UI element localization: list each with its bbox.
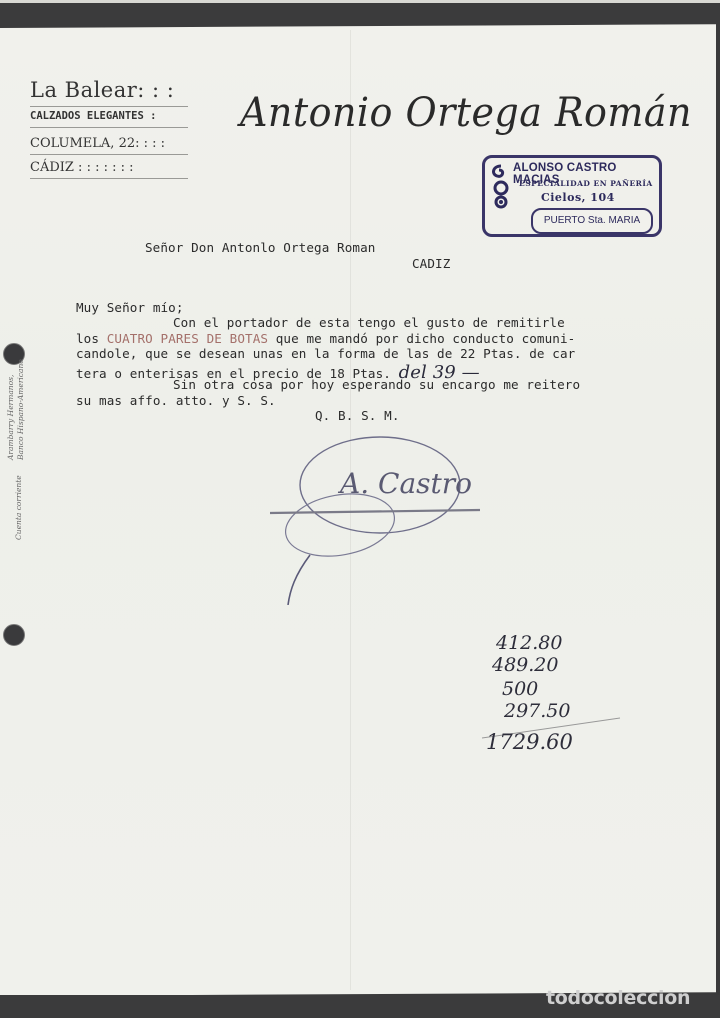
- body-line-6: su mas affo. atto. y S. S.: [76, 393, 276, 408]
- closing-formula: Q. B. S. M.: [315, 408, 400, 423]
- stamp-town: PUERTO Sta. MARIA: [531, 208, 653, 234]
- salutation: Muy Señor mío;: [76, 300, 184, 315]
- punch-hole-icon: [3, 624, 25, 646]
- body-line-1: Con el portador de esta tengo el gusto d…: [173, 315, 565, 330]
- body-line-5: Sin otra cosa por hoy esperando su encar…: [173, 377, 580, 392]
- body-line-2-pre: los: [76, 331, 107, 346]
- letterhead-city: CÁDIZ : : : : : : :: [30, 160, 188, 179]
- stamp-street: Cielos, 104: [541, 191, 615, 204]
- signature-flourish: A. Castro: [270, 425, 490, 605]
- letterhead-tagline: CALZADOS ELEGANTES :: [30, 110, 188, 128]
- side-imprint-line-1: Arambarry Hermanos,: [6, 375, 15, 460]
- sum-item: 489.20: [492, 654, 558, 676]
- letterhead-address: COLUMELA, 22: : : :: [30, 136, 188, 155]
- side-imprint-line-3: Cuenta corriente: [14, 475, 23, 540]
- merchant-stamp: ALONSO CASTRO MACIAS ESPECIALIDAD EN PAÑ…: [482, 155, 662, 237]
- sum-total: 1729.60: [486, 730, 573, 754]
- sum-item: 412.80: [496, 632, 562, 654]
- side-imprint-line-2: Banco Hispano-Americano: [16, 359, 25, 460]
- sum-item: 500: [502, 678, 538, 700]
- body-line-3: candole, que se desean unas en la forma …: [76, 346, 575, 361]
- handwritten-sums: 412.80 489.20 500 297.50 1729.60: [480, 632, 630, 782]
- recipient-city: CADIZ: [412, 256, 450, 271]
- stamp-ornament-icon: [489, 164, 513, 210]
- stamp-specialty: ESPECIALIDAD EN PAÑERÍA: [519, 179, 653, 188]
- letterhead-sender-name: Antonio Ortega Román: [240, 90, 692, 136]
- recipient-line: Señor Don Antonlo Ortega Roman: [145, 240, 375, 255]
- watermark-logo: todocoleccion: [546, 987, 690, 1009]
- highlighted-item: CUATRO PARES DE BOTAS: [107, 331, 268, 346]
- signature-text: A. Castro: [337, 467, 472, 500]
- side-bank-imprint: Arambarry Hermanos, Banco Hispano-Americ…: [6, 370, 36, 540]
- body-line-2-post: que me mandó por dicho conducto comuni-: [268, 331, 575, 346]
- body-line-2: los CUATRO PARES DE BOTAS que me mandó p…: [76, 331, 575, 346]
- letterhead-shop-name: La Balear: : :: [30, 78, 188, 107]
